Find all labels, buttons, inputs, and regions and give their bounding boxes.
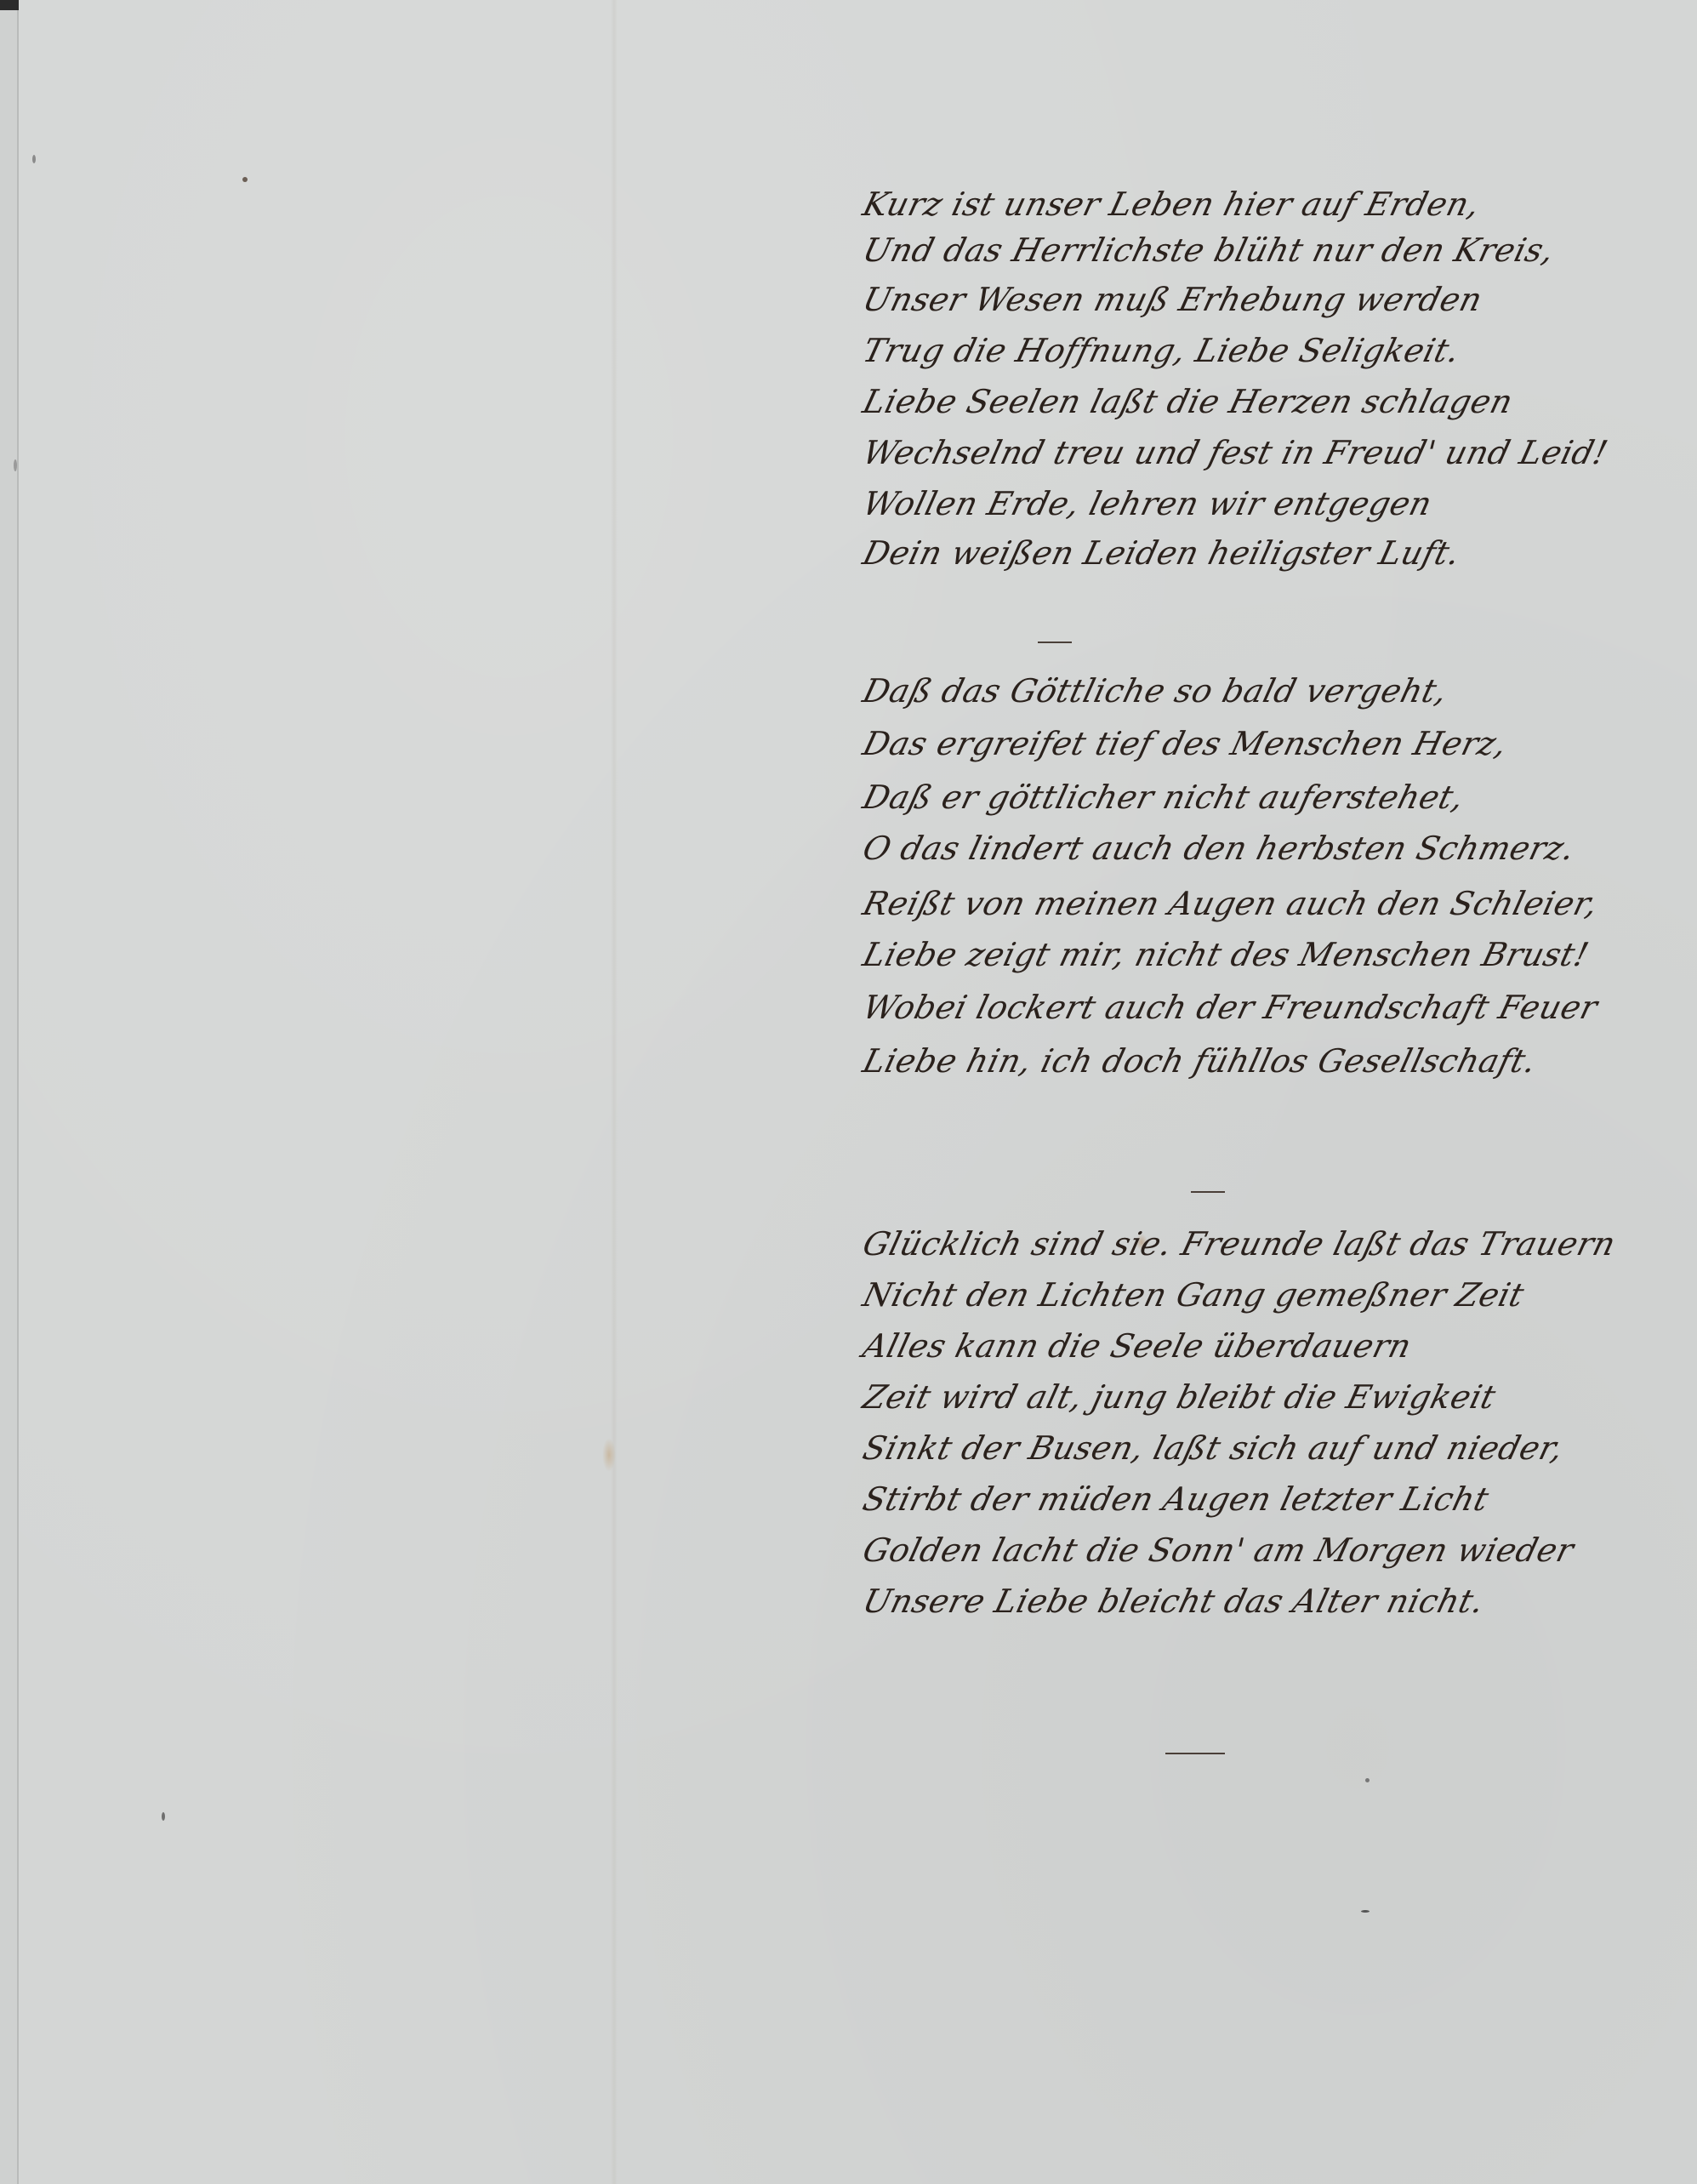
- paper-speck: [14, 459, 17, 471]
- manuscript-page: Kurz ist unser Leben hier auf Erden, Und…: [0, 0, 1697, 2184]
- verse-line: Das ergreifet tief des Menschen Herz,: [859, 725, 1511, 762]
- manuscript-text: Kurz ist unser Leben hier auf Erden, Und…: [859, 0, 1697, 2184]
- verse-line: Golden lacht die Sonn' am Morgen wieder: [859, 1531, 1578, 1569]
- verse-line: Wollen Erde, lehren wir entgegen: [859, 485, 1436, 522]
- verse-line: Liebe zeigt mir, nicht des Menschen Brus…: [859, 936, 1592, 973]
- paper-stain: [602, 1438, 616, 1472]
- paper-fold-line: [611, 0, 618, 2184]
- stanza-separator: [1191, 1191, 1225, 1193]
- paper-speck: [242, 177, 248, 182]
- stanza-separator: [1165, 1753, 1225, 1754]
- stanza-separator: [1038, 642, 1072, 643]
- verse-line: Reißt von meinen Augen auch den Schleier…: [859, 885, 1602, 922]
- verse-line: O das lindert auch den herbsten Schmerz.: [859, 830, 1579, 867]
- verse-line: Nicht den Lichten Gang gemeßner Zeit: [859, 1276, 1528, 1314]
- scan-corner: [0, 0, 19, 10]
- verse-line: Zeit wird alt, jung bleibt die Ewigkeit: [859, 1378, 1500, 1416]
- verse-line: Dein weißen Leiden heiligster Luft.: [859, 534, 1464, 572]
- verse-line: Liebe hin, ich doch fühllos Gesellschaft…: [859, 1042, 1540, 1080]
- verse-line: Und das Herrlichste blüht nur den Kreis,: [859, 231, 1558, 269]
- verse-line: Unser Wesen muß Erhebung werden: [859, 281, 1486, 318]
- verse-line: Liebe Seelen laßt die Herzen schlagen: [859, 383, 1517, 420]
- verse-line: Wechselnd treu und fest in Freud' und Le…: [859, 434, 1612, 471]
- verse-line: Unsere Liebe bleicht das Alter nicht.: [859, 1582, 1489, 1620]
- verse-line: Trug die Hoffnung, Liebe Seligkeit.: [859, 332, 1464, 369]
- verse-line: Alles kann die Seele überdauern: [859, 1327, 1415, 1365]
- verse-line: Daß er göttlicher nicht auferstehet,: [859, 778, 1468, 816]
- paper-speck: [32, 155, 36, 163]
- verse-line: Kurz ist unser Leben hier auf Erden,: [859, 185, 1483, 223]
- verse-line: Sinkt der Busen, laßt sich auf und niede…: [859, 1429, 1568, 1467]
- verse-line: Wobei lockert auch der Freundschaft Feue…: [859, 989, 1602, 1026]
- verse-line: Daß das Göttliche so bald vergeht,: [859, 672, 1451, 710]
- paper-speck: [162, 1812, 165, 1821]
- verse-line: Stirbt der müden Augen letzter Licht: [859, 1480, 1493, 1518]
- verse-line: Glücklich sind sie. Freunde laßt das Tra…: [859, 1225, 1620, 1263]
- page-left-edge: [0, 0, 19, 2184]
